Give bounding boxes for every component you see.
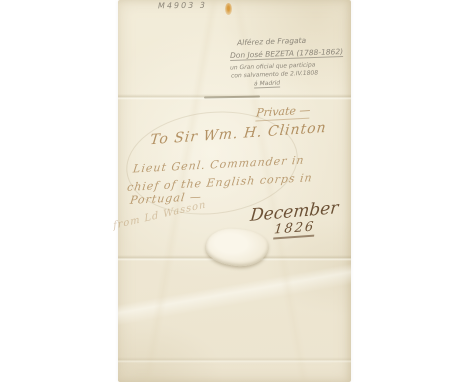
seal-tear [205,227,269,267]
fold-line-bottom [118,357,351,363]
letter-paper: M4903 3 Alférez de Fragata Don José BEZE… [118,0,351,382]
pencil-note-line2: Don José BEZETA (1788-1862) [230,47,343,61]
pencil-note-line1: Alférez de Fragata [237,36,306,47]
crease-mark [204,96,260,99]
date-year: 1826 [273,219,316,239]
privacy-docket: Private — [255,104,311,122]
rust-stain [225,3,232,15]
photo-of-letter: M4903 3 Alférez de Fragata Don José BEZE… [0,0,468,382]
pencil-catalog-number: M4903 3 [158,1,207,11]
pencil-note-line5: á Madrid [254,80,280,89]
